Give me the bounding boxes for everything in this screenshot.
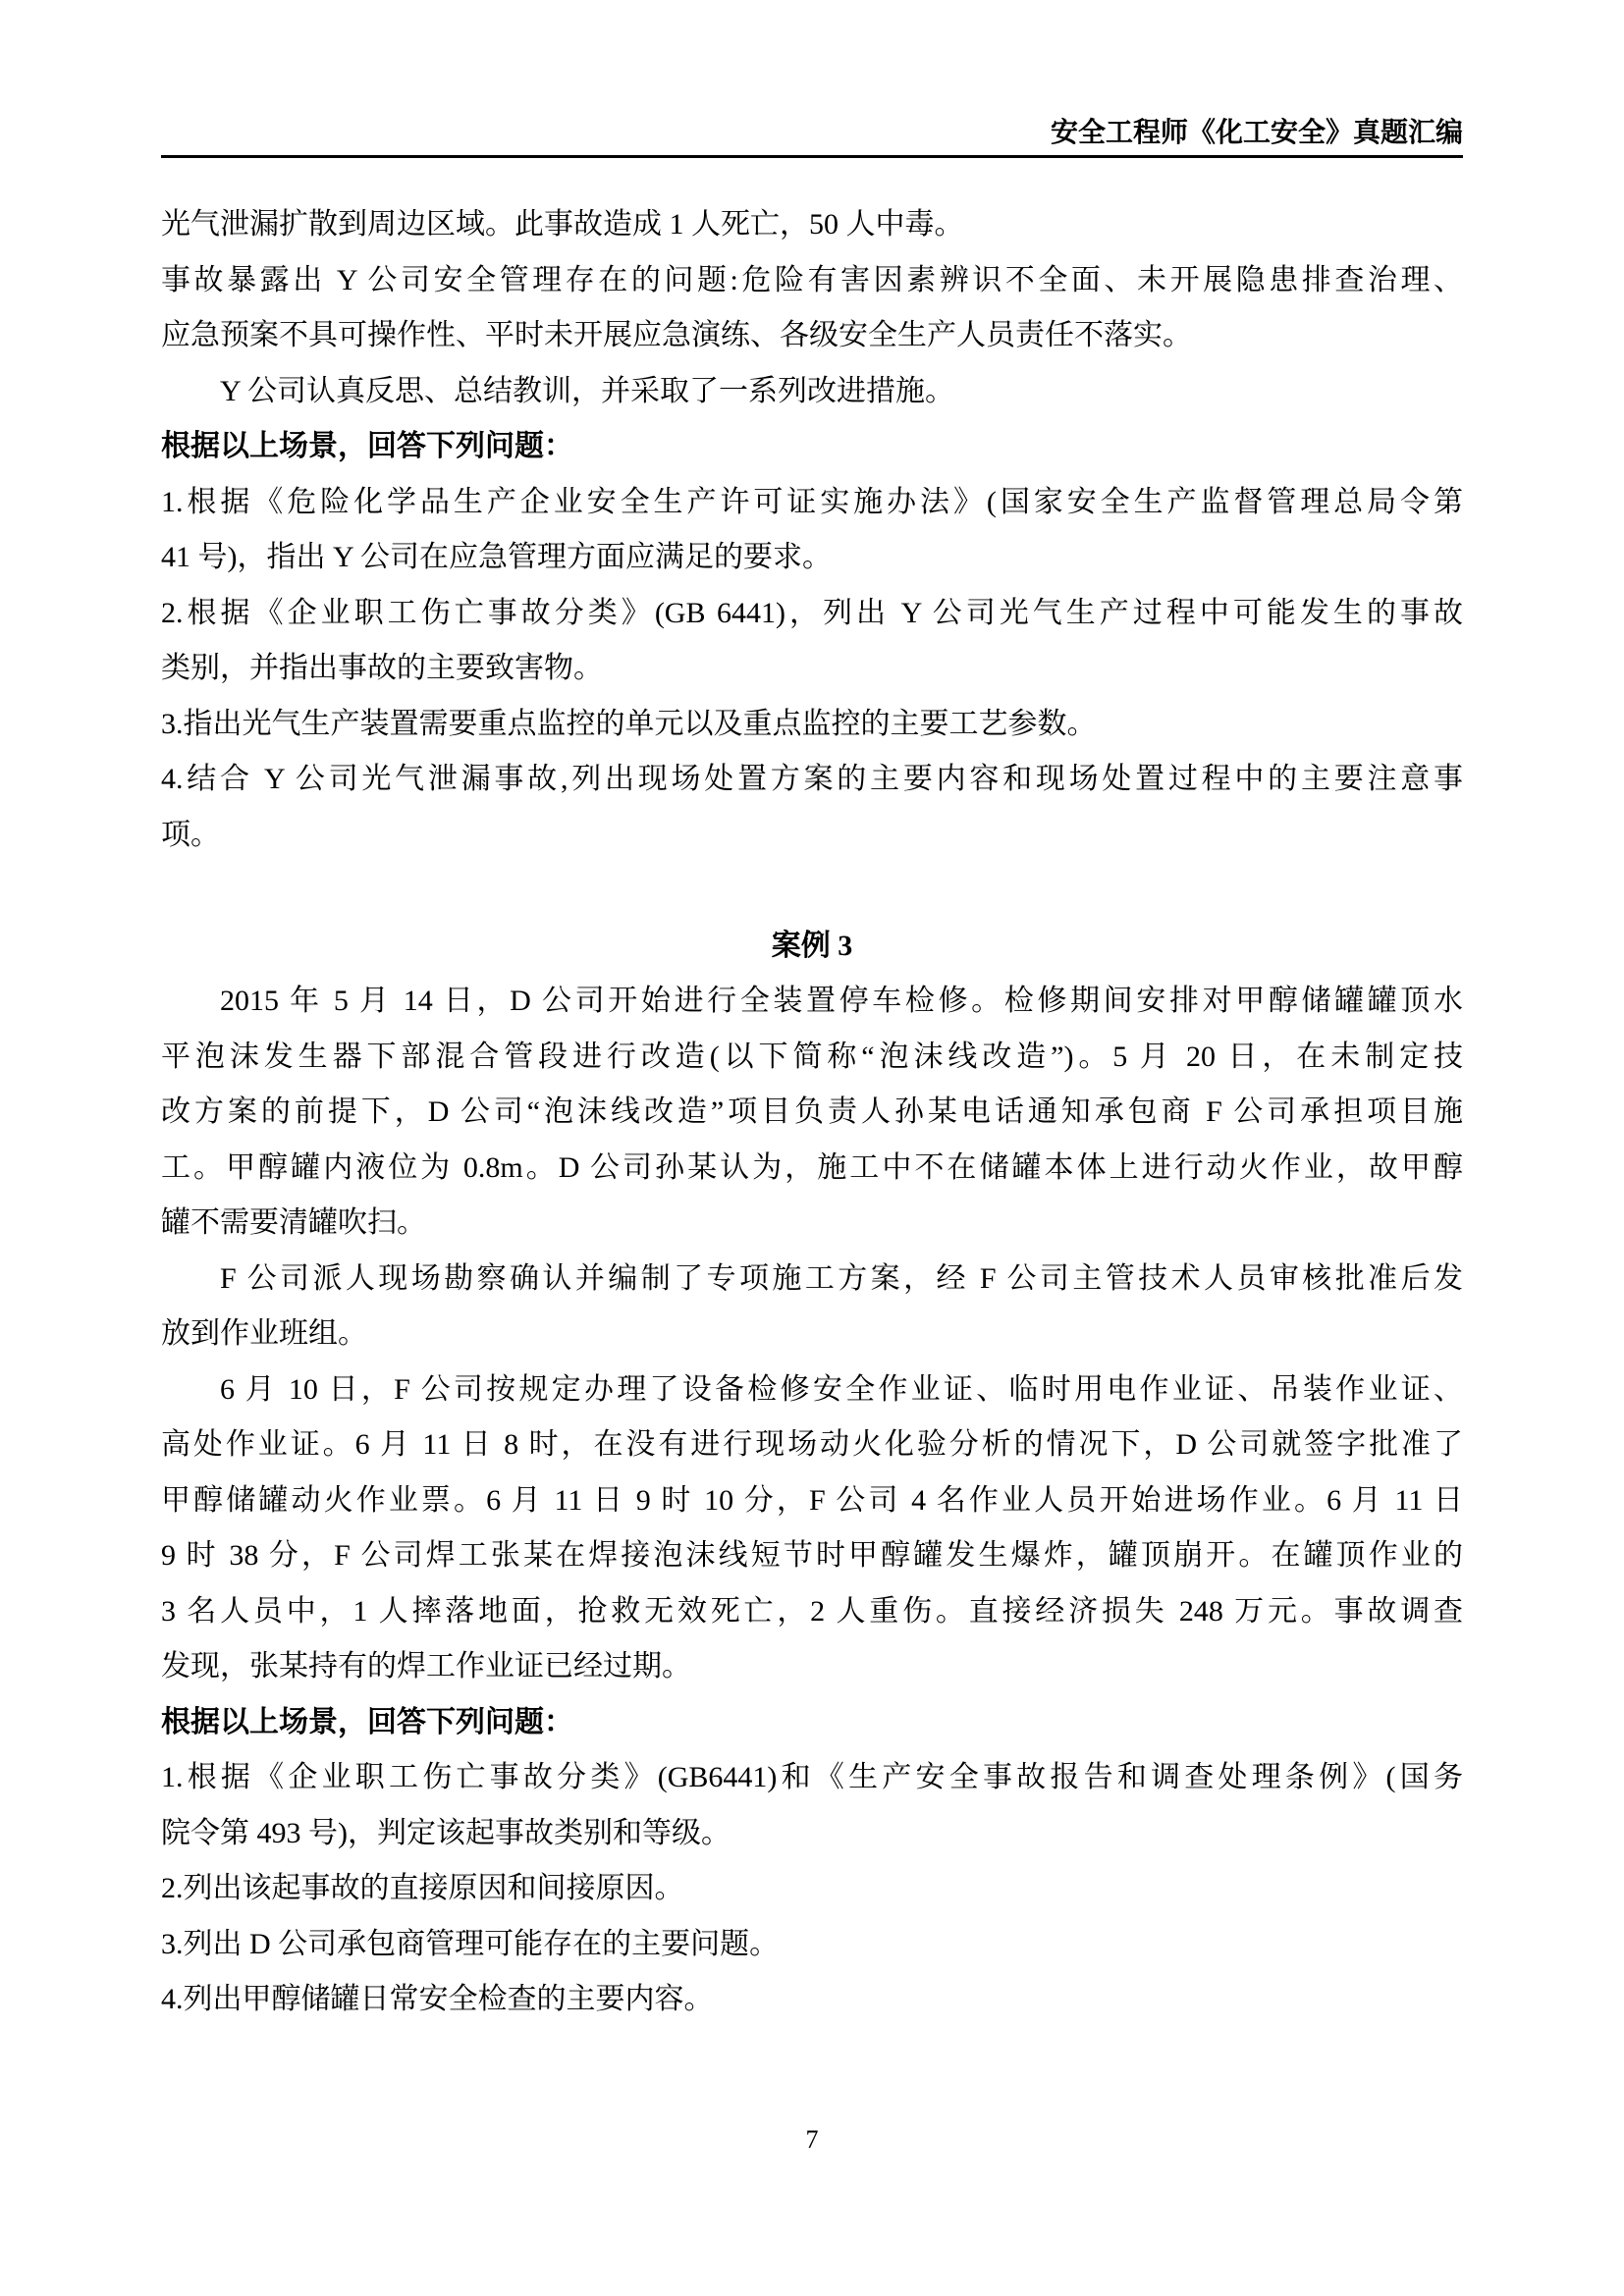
page-header-title: 安全工程师《化工安全》真题汇编 [161,116,1463,155]
text-line: 高处作业证。6 月 11 日 8 时，在没有进行现场动火化验分析的情况下，D 公… [161,1417,1463,1473]
text-line: 41 号)，指出 Y 公司在应急管理方面应满足的要求。 [161,530,1463,586]
text-line: 平泡沫发生器下部混合管段进行改造(以下简称“泡沫线改造”)。5 月 20 日，在… [161,1030,1463,1086]
text-line: 6 月 10 日，F 公司按规定办理了设备检修安全作业证、临时用电作业证、吊装作… [161,1362,1463,1418]
text-line: 工。甲醇罐内液位为 0.8m。D 公司孙某认为，施工中不在储罐本体上进行动火作业… [161,1141,1463,1197]
text-line: 根据以上场景，回答下列问题： [161,1695,1463,1751]
text-line: 甲醇储罐动火作业票。6 月 11 日 9 时 10 分，F 公司 4 名作业人员… [161,1473,1463,1529]
text-line: 1.根据《危险化学品生产企业安全生产许可证实施办法》(国家安全生产监督管理总局令… [161,475,1463,531]
text-line: 3.列出 D 公司承包商管理可能存在的主要问题。 [161,1917,1463,1973]
text-line: Y 公司认真反思、总结教训，并采取了一系列改进措施。 [161,364,1463,420]
spacer-line [161,863,1463,919]
text-line: 1.根据《企业职工伤亡事故分类》(GB6441)和《生产安全事故报告和调查处理条… [161,1750,1463,1806]
text-line: 4.结合 Y 公司光气泄漏事故,列出现场处置方案的主要内容和现场处置过程中的主要… [161,752,1463,808]
page-number: 7 [0,2120,1624,2160]
case-3-heading: 案例 3 [161,919,1463,975]
text-line: 应急预案不具可操作性、平时未开展应急演练、各级安全生产人员责任不落实。 [161,308,1463,364]
document-page: 安全工程师《化工安全》真题汇编 光气泄漏扩散到周边区域。此事故造成 1 人死亡，… [0,0,1624,2296]
text-line: 放到作业班组。 [161,1307,1463,1362]
text-line: 罐不需要清罐吹扫。 [161,1196,1463,1252]
header-rule [161,155,1463,158]
text-line: 项。 [161,808,1463,864]
text-line: 发现，张某持有的焊工作业证已经过期。 [161,1639,1463,1695]
text-line: 9 时 38 分，F 公司焊工张某在焊接泡沫线短节时甲醇罐发生爆炸，罐顶崩开。在… [161,1528,1463,1584]
text-line: F 公司派人现场勘察确认并编制了专项施工方案，经 F 公司主管技术人员审核批准后… [161,1252,1463,1308]
text-line: 光气泄漏扩散到周边区域。此事故造成 1 人死亡，50 人中毒。 [161,197,1463,253]
text-line: 2.根据《企业职工伤亡事故分类》(GB 6441)，列出 Y 公司光气生产过程中… [161,586,1463,642]
text-line: 2015 年 5 月 14 日，D 公司开始进行全装置停车检修。检修期间安排对甲… [161,974,1463,1030]
text-line: 4.列出甲醇储罐日常安全检查的主要内容。 [161,1972,1463,2028]
text-line: 3 名人员中，1 人摔落地面，抢救无效死亡，2 人重伤。直接经济损失 248 万… [161,1584,1463,1640]
text-line: 类别，并指出事故的主要致害物。 [161,641,1463,697]
page-body-text: 光气泄漏扩散到周边区域。此事故造成 1 人死亡，50 人中毒。事故暴露出 Y 公… [161,197,1463,2028]
text-line: 3.指出光气生产装置需要重点监控的单元以及重点监控的主要工艺参数。 [161,697,1463,753]
text-line: 事故暴露出 Y 公司安全管理存在的问题:危险有害因素辨识不全面、未开展隐患排查治… [161,253,1463,309]
text-line: 根据以上场景，回答下列问题： [161,419,1463,475]
text-line: 院令第 493 号)，判定该起事故类别和等级。 [161,1806,1463,1862]
text-line: 改方案的前提下，D 公司“泡沫线改造”项目负责人孙某电话通知承包商 F 公司承担… [161,1085,1463,1141]
text-line: 2.列出该起事故的直接原因和间接原因。 [161,1861,1463,1917]
